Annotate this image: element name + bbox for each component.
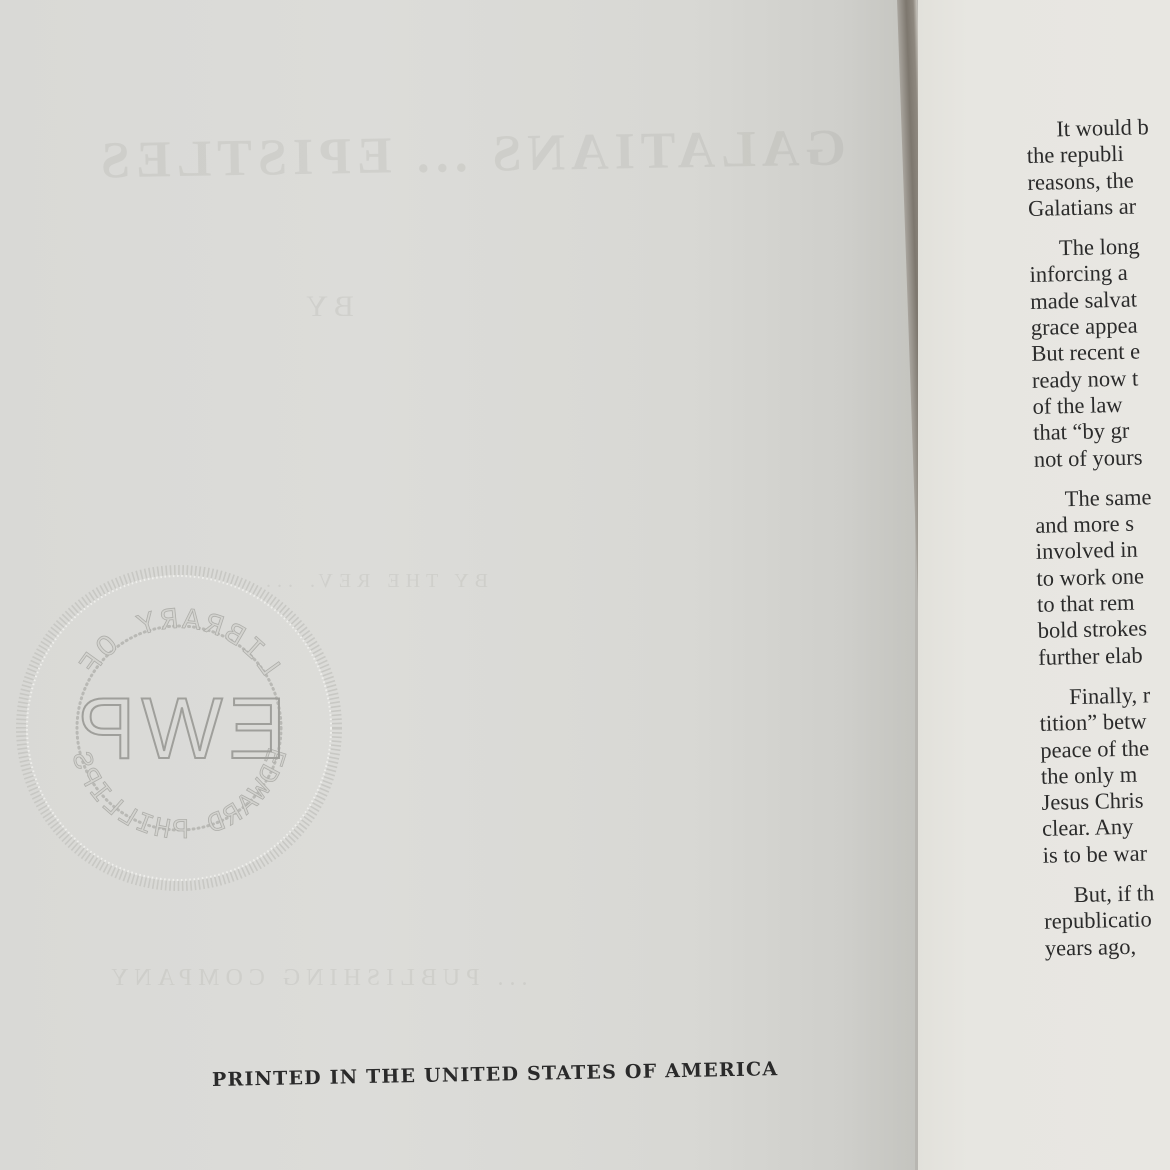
seal-emboss-icon: LIBRARY OF EDWARD PHILLIPS EWP [14,563,344,893]
text-line: that “by gr [1033,416,1170,447]
paragraph-3: The same and more s involved in to work … [1034,482,1170,671]
show-through-title: GALATIANS ... EPISTLES [95,118,847,190]
text-line: of the law [1032,389,1170,420]
text-line: and more s [1035,509,1170,540]
text-line: the republi [1027,139,1170,170]
text-line: not of yours [1033,442,1170,473]
text-line: grace appea [1030,310,1170,341]
text-line: further elab [1038,640,1170,671]
text-line: bold strokes [1037,614,1170,645]
svg-text:LIBRARY OF: LIBRARY OF [72,604,286,684]
paragraph-4: Finally, r tition” betw peace of the the… [1039,680,1170,869]
right-page-text: It would b the republi reasons, the Gala… [1026,112,1170,975]
text-line: Galatians ar [1028,191,1170,222]
text-line: ready now t [1032,363,1170,394]
text-line: The same [1034,482,1170,513]
text-line: involved in [1036,535,1170,566]
text-line: to work one [1036,561,1170,592]
text-line: the only m [1041,759,1170,790]
paragraph-2: The long inforcing a made salvat grace a… [1029,232,1170,473]
text-line: But, if th [1043,878,1170,909]
text-line: But recent e [1031,337,1170,368]
text-line: tition” betw [1039,707,1170,738]
paragraph-5: But, if th republicatio years ago, [1043,878,1170,961]
text-line: inforcing a [1029,258,1170,289]
text-line: clear. Any [1042,812,1170,843]
left-page: GALATIANS ... EPISTLES BY BY THE REV. ..… [0,0,915,1170]
paragraph-1: It would b the republi reasons, the Gala… [1026,112,1170,222]
svg-text:EWP: EWP [72,681,286,777]
show-through-by: BY [300,290,354,324]
text-line: is to be war [1042,838,1170,869]
text-line: peace of the [1040,733,1170,764]
text-line: republicatio [1044,905,1170,936]
text-line: The long [1029,232,1170,263]
embossed-library-seal: LIBRARY OF EDWARD PHILLIPS EWP [14,563,344,893]
text-line: made salvat [1030,284,1170,315]
text-line: Jesus Chris [1041,785,1170,816]
text-line: It would b [1026,112,1170,143]
printed-in-usa-imprint: PRINTED IN THE UNITED STATES OF AMERICA [212,1058,779,1091]
text-line: years ago, [1045,931,1170,962]
text-line: Finally, r [1039,680,1170,711]
text-line: to that rem [1037,587,1170,618]
show-through-publisher: ... PUBLISHING COMPANY [105,965,528,992]
text-line: reasons, the [1027,165,1170,196]
